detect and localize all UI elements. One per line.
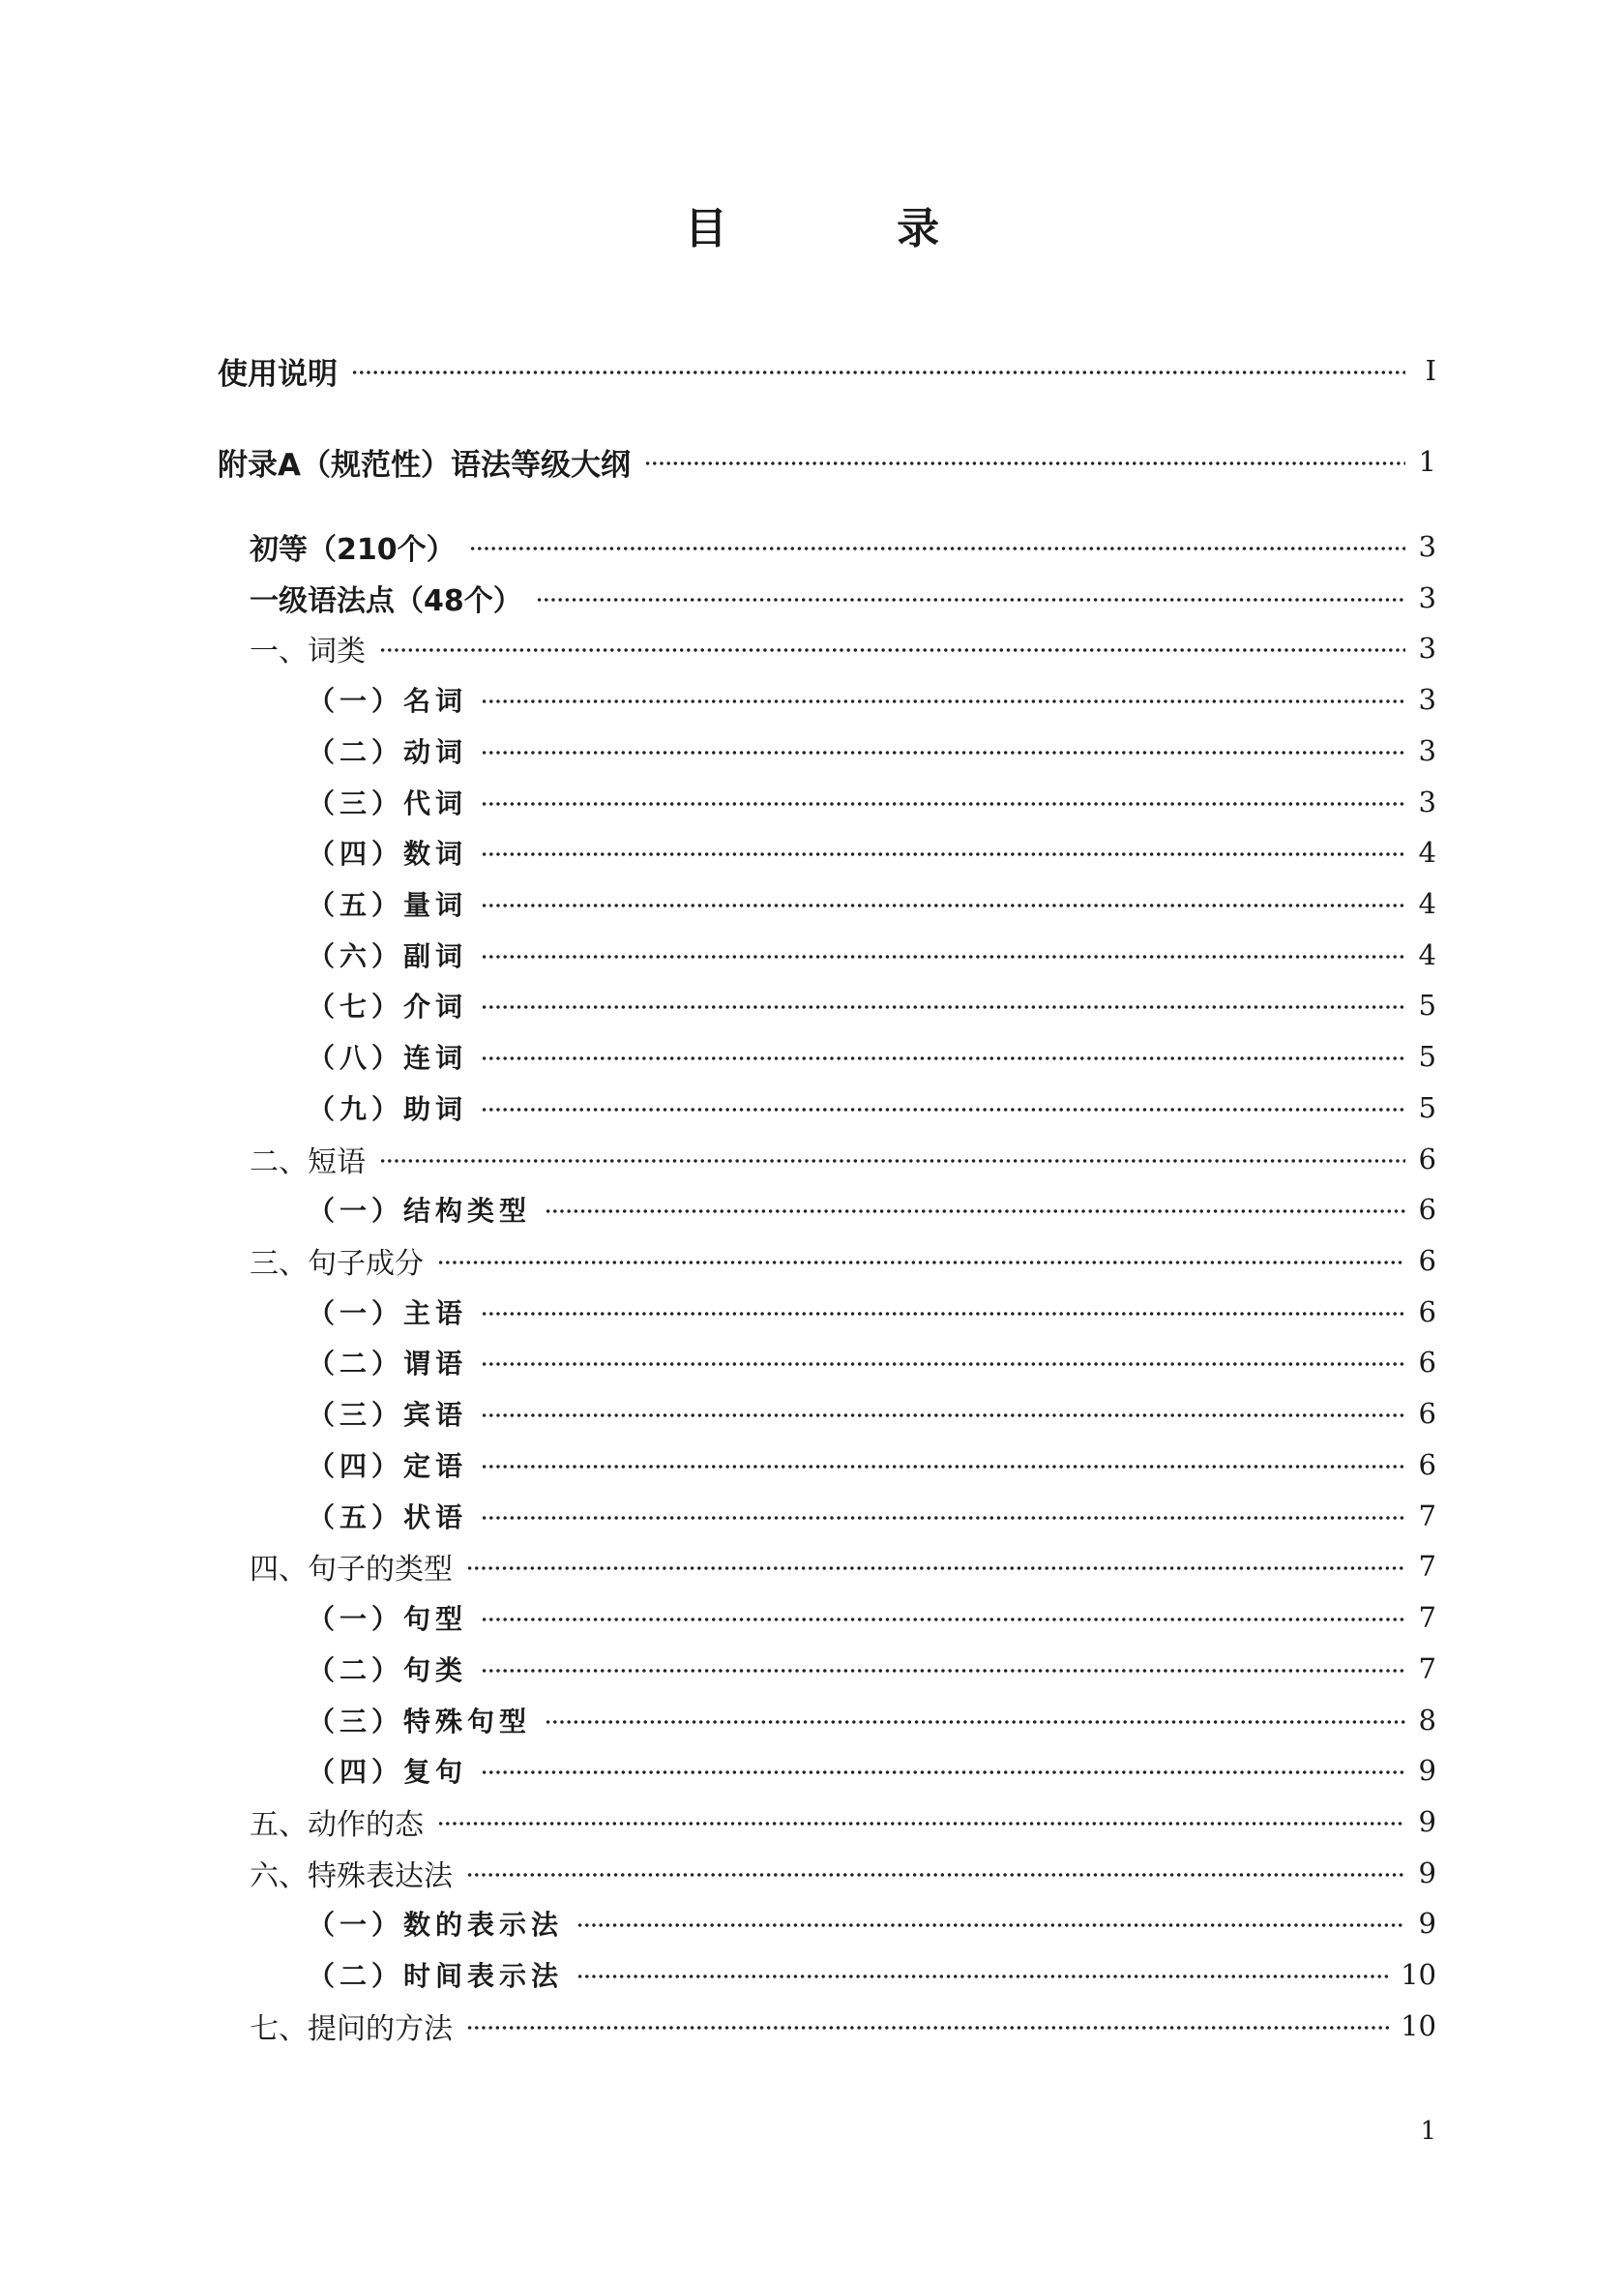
toc-entry-label: （一）结构类型	[308, 1190, 531, 1229]
toc-entry-page-number: 4	[1415, 938, 1436, 971]
toc-entry-page-number: 9	[1415, 1907, 1436, 1940]
toc-entry-label: （四）数词	[308, 833, 467, 872]
toc-entry-page-number: 6	[1415, 1143, 1436, 1175]
toc-entry[interactable]: （二）谓语6	[308, 1341, 1436, 1383]
toc-entry-label: （四）复句	[308, 1751, 467, 1790]
dot-leader	[481, 1312, 1405, 1316]
toc-entry[interactable]: 七、提问的方法10	[250, 2005, 1436, 2047]
toc-entry-label: （三）特殊句型	[308, 1701, 531, 1739]
dot-leader	[481, 1770, 1405, 1774]
toc-entry-label: （一）句型	[308, 1598, 467, 1637]
dot-leader	[466, 1566, 1405, 1570]
toc-entry-label: （五）状语	[308, 1497, 467, 1535]
toc-entry[interactable]: （三）代词3	[308, 781, 1436, 823]
toc-entry-page-number: 6	[1415, 1193, 1436, 1226]
toc-entry[interactable]: （一）结构类型6	[308, 1188, 1436, 1231]
dot-leader	[466, 1873, 1405, 1877]
toc-entry-page-number: 10	[1401, 1958, 1436, 1991]
toc-entry-page-number: 3	[1415, 581, 1436, 614]
toc-entry[interactable]: （七）介词5	[308, 984, 1436, 1026]
toc-entry[interactable]: （二）动词3	[308, 729, 1436, 772]
dot-leader	[466, 2026, 1391, 2030]
toc-entry-label: （四）定语	[308, 1445, 467, 1484]
toc-entry[interactable]: （二）句类7	[308, 1648, 1436, 1690]
toc-entry-label: （一）主语	[308, 1292, 467, 1331]
dot-leader	[481, 852, 1405, 856]
toc-entry[interactable]: （八）连词5	[308, 1035, 1436, 1078]
toc-entry-label: 七、提问的方法	[250, 2005, 453, 2047]
toc-entry-label: （二）动词	[308, 731, 467, 770]
toc-entry[interactable]: （一）名词3	[308, 678, 1436, 721]
dot-leader	[379, 1159, 1405, 1163]
toc-entry-page-number: 10	[1401, 2009, 1436, 2042]
dot-leader	[481, 1413, 1405, 1417]
toc-entry-page-number: 9	[1415, 1856, 1436, 1889]
toc-entry[interactable]: 初等（210个）3	[250, 525, 1436, 568]
toc-entry-page-number: 9	[1415, 1754, 1436, 1787]
dot-leader	[536, 598, 1405, 602]
toc-entry[interactable]: （五）量词4	[308, 882, 1436, 925]
toc-entry-label: 一、词类	[250, 627, 366, 669]
toc-entry[interactable]: （四）数词4	[308, 831, 1436, 874]
toc-entry-label: （九）助词	[308, 1088, 467, 1127]
toc-entry-label: 六、特殊表达法	[250, 1852, 453, 1894]
dot-leader	[481, 699, 1405, 703]
toc-entry-page-number: 7	[1415, 1601, 1436, 1634]
toc-entry-label: （六）副词	[308, 936, 467, 974]
toc-entry[interactable]: 附录A（规范性）语法等级大纲1	[218, 440, 1436, 483]
toc-entry[interactable]: （五）状语7	[308, 1495, 1436, 1537]
toc-entry-label: 四、句子的类型	[250, 1545, 453, 1588]
toc-entry-page-number: 6	[1415, 1244, 1436, 1277]
dot-leader	[437, 1822, 1405, 1826]
dot-leader	[576, 1975, 1391, 1978]
toc-entry[interactable]: 五、动作的态9	[250, 1800, 1436, 1843]
toc-entry-page-number: 4	[1415, 887, 1436, 920]
toc-entry-page-number: 3	[1415, 786, 1436, 818]
toc-entry-page-number: 4	[1415, 836, 1436, 869]
dot-leader	[481, 802, 1405, 806]
toc-entry-page-number: I	[1415, 354, 1436, 387]
toc-entry[interactable]: （一）主语6	[308, 1291, 1436, 1333]
dot-leader	[437, 1261, 1405, 1264]
toc-entry-page-number: 5	[1415, 1040, 1436, 1073]
dot-leader	[379, 648, 1405, 652]
dot-leader	[351, 371, 1405, 374]
toc-entry[interactable]: 三、句子成分6	[250, 1239, 1436, 1282]
toc-entry-label: 附录A（规范性）语法等级大纲	[218, 440, 631, 484]
toc-entry-label: （二）句类	[308, 1649, 467, 1688]
toc-entry[interactable]: （一）数的表示法9	[308, 1902, 1436, 1945]
toc-entry-label: 初等（210个）	[250, 525, 456, 568]
toc-entry-label: 使用说明	[218, 349, 338, 393]
toc-entry-page-number: 7	[1415, 1550, 1436, 1583]
dot-leader	[481, 751, 1405, 755]
toc-entry-page-number: 6	[1415, 1295, 1436, 1328]
toc-entry-page-number: 7	[1415, 1500, 1436, 1532]
dot-leader	[481, 1056, 1405, 1060]
dot-leader	[481, 1108, 1405, 1112]
toc-entry[interactable]: 一、词类3	[250, 627, 1436, 669]
dot-leader	[481, 1005, 1405, 1009]
toc-entry-page-number: 6	[1415, 1346, 1436, 1379]
toc-entry-label: （一）名词	[308, 680, 467, 719]
toc-entry-label: （三）宾语	[308, 1394, 467, 1433]
dot-leader	[644, 461, 1405, 465]
toc-entry[interactable]: （四）定语6	[308, 1443, 1436, 1486]
dot-leader	[481, 955, 1405, 959]
dot-leader	[481, 1516, 1405, 1520]
toc-entry-page-number: 1	[1415, 445, 1436, 478]
toc-entry-page-number: 3	[1415, 530, 1436, 563]
toc-entry-label: 五、动作的态	[250, 1800, 424, 1843]
toc-entry-label: （五）量词	[308, 884, 467, 923]
toc-entry-label: （七）介词	[308, 986, 467, 1025]
toc-entry-page-number: 6	[1415, 1448, 1436, 1481]
dot-leader	[469, 547, 1405, 550]
toc-entry[interactable]: （二）时间表示法10	[308, 1953, 1436, 1996]
footer-page-number: 1	[1420, 2117, 1436, 2146]
toc-entry-label: （三）代词	[308, 783, 467, 821]
toc-entry-label: （二）时间表示法	[308, 1955, 563, 1994]
toc-entry[interactable]: （三）宾语6	[308, 1392, 1436, 1435]
dot-leader	[576, 1923, 1405, 1927]
toc-entry-page-number: 9	[1415, 1805, 1436, 1838]
toc-entry-label: 三、句子成分	[250, 1239, 424, 1282]
toc-entry[interactable]: （一）句型7	[308, 1596, 1436, 1639]
toc-entry-label: （二）谓语	[308, 1343, 467, 1381]
toc-entry-page-number: 3	[1415, 683, 1436, 716]
toc-entry[interactable]: （三）特殊句型8	[308, 1699, 1436, 1741]
dot-leader	[481, 1669, 1405, 1673]
dot-leader	[545, 1720, 1405, 1724]
toc-entry-page-number: 3	[1415, 632, 1436, 665]
toc-entry[interactable]: 四、句子的类型7	[250, 1545, 1436, 1588]
toc-entry-label: （八）连词	[308, 1037, 467, 1076]
dot-leader	[481, 1618, 1405, 1621]
toc-entry[interactable]: 六、特殊表达法9	[250, 1852, 1436, 1894]
dot-leader	[545, 1209, 1405, 1213]
dot-leader	[481, 1362, 1405, 1366]
toc-entry-page-number: 6	[1415, 1397, 1436, 1430]
toc-entry[interactable]: （九）助词5	[308, 1086, 1436, 1129]
toc-entry-label: （一）数的表示法	[308, 1904, 563, 1943]
toc-entry-page-number: 8	[1415, 1704, 1436, 1737]
toc-entry[interactable]: （四）复句9	[308, 1749, 1436, 1792]
toc-entry[interactable]: 使用说明I	[218, 349, 1436, 392]
dot-leader	[481, 1465, 1405, 1469]
toc-entry-page-number: 5	[1415, 989, 1436, 1022]
toc-entry[interactable]: 一级语法点（48个）3	[250, 577, 1436, 619]
toc-entry-page-number: 5	[1415, 1091, 1436, 1124]
page-title: 目 录	[0, 193, 1624, 255]
dot-leader	[481, 904, 1405, 907]
toc-entry-label: 二、短语	[250, 1138, 366, 1180]
toc-entry-label: 一级语法点（48个）	[250, 577, 522, 619]
toc-entry-page-number: 3	[1415, 734, 1436, 767]
toc-entry[interactable]: （六）副词4	[308, 934, 1436, 976]
toc-entry[interactable]: 二、短语6	[250, 1138, 1436, 1180]
toc-entry-page-number: 7	[1415, 1652, 1436, 1685]
